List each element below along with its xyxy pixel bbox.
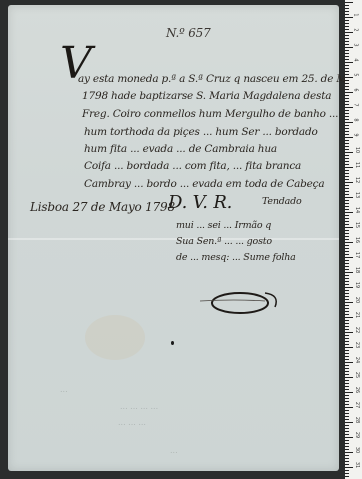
ruler-tick <box>345 41 349 42</box>
ruler-tick <box>345 212 353 213</box>
ruler-label: 17 <box>354 252 360 258</box>
paper-stain <box>85 315 145 360</box>
ruler-tick <box>345 233 349 234</box>
ruler-label: 20 <box>354 297 360 303</box>
ruler-tick <box>345 422 353 423</box>
ruler-tick <box>345 59 349 60</box>
ruler-tick <box>345 239 349 240</box>
ruler-tick <box>345 434 349 435</box>
ruler-label: 13 <box>354 192 360 198</box>
ruler-tick <box>345 137 353 138</box>
ruler-tick <box>345 209 349 210</box>
ruler-label: 28 <box>354 417 360 423</box>
ruler-tick <box>345 335 349 336</box>
ruler-tick <box>345 392 353 393</box>
ruler-tick <box>345 206 349 207</box>
ruler-tick <box>345 458 349 459</box>
ruler-tick <box>345 281 349 282</box>
ruler-label: 26 <box>354 387 360 393</box>
ruler-tick <box>345 389 349 390</box>
ruler-tick <box>345 272 353 273</box>
ruler-tick <box>345 314 349 315</box>
ruler-tick <box>345 230 349 231</box>
ruler-tick <box>345 341 349 342</box>
ruler-tick <box>345 203 349 204</box>
ruler-tick <box>345 194 349 195</box>
ruler-tick <box>345 248 349 249</box>
ruler-tick <box>345 461 349 462</box>
ruler-tick <box>345 329 349 330</box>
ruler-tick <box>345 440 349 441</box>
ruler-tick <box>345 455 349 456</box>
date-line: Lisboa 27 de Mayo 1798 <box>30 200 175 214</box>
ruler-tick <box>345 179 349 180</box>
ruler-label: 22 <box>354 327 360 333</box>
ruler-tick <box>345 410 349 411</box>
ruler-tick <box>345 44 349 45</box>
ruler-tick <box>345 299 349 300</box>
ruler-tick <box>345 464 349 465</box>
ruler-tick <box>345 104 349 105</box>
ruler-tick <box>345 5 349 6</box>
ruler-tick <box>345 14 349 15</box>
ruler-tick <box>345 182 353 183</box>
ruler-tick <box>345 224 349 225</box>
ruler-tick <box>345 83 349 84</box>
ruler-tick <box>345 143 349 144</box>
ruler-label: 24 <box>354 357 360 363</box>
ruler-tick <box>345 404 349 405</box>
ruler-tick <box>345 419 349 420</box>
ruler-tick <box>345 38 349 39</box>
ruler-tick <box>345 35 349 36</box>
ruler-tick <box>345 242 353 243</box>
ruler-tick <box>345 347 353 348</box>
ruler-tick <box>345 62 353 63</box>
ruler-tick <box>345 263 349 264</box>
ruler-tick <box>345 470 349 471</box>
ruler-tick <box>345 359 349 360</box>
ruler-tick <box>345 245 349 246</box>
body-line: 1798 hade baptizarse S. Maria Magdalena … <box>82 90 331 102</box>
ruler-tick <box>345 191 349 192</box>
measurement-ruler: 1234567891011121314151617181920212223242… <box>345 0 362 479</box>
ruler-tick <box>345 323 349 324</box>
ruler-tick <box>345 278 349 279</box>
ruler-tick <box>345 17 353 18</box>
ruler-tick <box>345 377 353 378</box>
ruler-tick <box>345 50 349 51</box>
ruler-tick <box>345 227 353 228</box>
ruler-tick <box>345 317 353 318</box>
ruler-tick <box>345 386 349 387</box>
ruler-label: 18 <box>354 267 360 273</box>
ruler-tick <box>345 320 349 321</box>
ruler-tick <box>345 11 349 12</box>
ruler-tick <box>345 326 349 327</box>
closing-line: de ... mesq: ... Sume folha <box>176 252 296 263</box>
ruler-label: 27 <box>354 402 360 408</box>
ruler-tick <box>345 365 349 366</box>
ruler-tick <box>345 107 353 108</box>
ruler-tick <box>345 173 349 174</box>
ruler-label: 16 <box>354 237 360 243</box>
ruler-tick <box>345 2 353 3</box>
ruler-tick <box>345 119 349 120</box>
ruler-tick <box>345 77 353 78</box>
ruler-tick <box>345 53 349 54</box>
ruler-tick <box>345 101 349 102</box>
ruler-tick <box>345 80 349 81</box>
ruler-tick <box>345 293 349 294</box>
ruler-tick <box>345 122 353 123</box>
salutation: D. V. R. <box>168 192 232 213</box>
ruler-tick <box>345 86 349 87</box>
ruler-tick <box>345 47 353 48</box>
ruler-label: 11 <box>354 162 360 168</box>
ruler-label: 7 <box>353 103 359 106</box>
body-line: hum torthoda da piçes ... hum Ser ... bo… <box>84 126 318 138</box>
ruler-label: 25 <box>354 372 360 378</box>
ruler-label: 14 <box>354 207 360 213</box>
ruler-tick <box>345 149 349 150</box>
ruler-label: 3 <box>353 43 359 46</box>
document-number: N.º 657 <box>166 26 211 40</box>
ruler-tick <box>345 158 349 159</box>
ruler-tick <box>345 449 349 450</box>
ruler-tick <box>345 446 349 447</box>
ruler-tick <box>345 125 349 126</box>
ruler-tick <box>345 305 349 306</box>
ruler-tick <box>345 398 349 399</box>
signature-flourish-icon <box>195 285 285 325</box>
body-line: Cambray ... bordo ... evada em toda de C… <box>84 178 324 190</box>
ruler-label: 9 <box>353 133 359 136</box>
ruler-label: 15 <box>354 222 360 228</box>
ruler-tick <box>345 236 349 237</box>
ruler-tick <box>345 26 349 27</box>
ruler-tick <box>345 431 349 432</box>
ruler-tick <box>345 71 349 72</box>
bleedthrough-text: ... <box>170 446 178 455</box>
body-line: Freg. Coiro conmellos hum Mergulho de ba… <box>82 108 338 120</box>
ruler-tick <box>345 443 349 444</box>
ruler-tick <box>345 68 349 69</box>
bleedthrough-text: ... ... ... <box>118 418 146 427</box>
ruler-tick <box>345 8 349 9</box>
ruler-tick <box>345 344 349 345</box>
ruler-tick <box>345 368 349 369</box>
ruler-tick <box>345 425 349 426</box>
ruler-tick <box>345 221 349 222</box>
body-line: ay esta moneda p.ª a S.ª Cruz q nasceu e… <box>78 73 355 85</box>
ruler-tick <box>345 89 349 90</box>
ruler-tick <box>345 476 349 477</box>
ruler-tick <box>345 284 349 285</box>
ruler-label: 10 <box>354 147 360 153</box>
ruler-label: 2 <box>353 28 359 31</box>
ruler-tick <box>345 407 353 408</box>
ruler-tick <box>345 92 353 93</box>
ruler-tick <box>345 428 349 429</box>
ruler-tick <box>345 116 349 117</box>
ruler-label: 12 <box>354 177 360 183</box>
ruler-tick <box>345 308 349 309</box>
ruler-tick <box>345 287 353 288</box>
ink-spot <box>171 341 174 345</box>
ruler-tick <box>345 146 349 147</box>
ruler-tick <box>345 200 349 201</box>
ruler-label: 29 <box>354 432 360 438</box>
ruler-tick <box>345 437 353 438</box>
ruler-label: 30 <box>354 447 360 453</box>
ruler-tick <box>345 350 349 351</box>
ruler-label: 6 <box>353 88 359 91</box>
closing-line: Sua Sen.ª ... ... gosto <box>176 236 272 247</box>
bleedthrough-text: ... ... ... ... <box>120 402 158 411</box>
ruler-tick <box>345 362 353 363</box>
bleedthrough-text: ... <box>60 385 68 394</box>
ruler-tick <box>345 416 349 417</box>
closing-tendado: Tendado <box>262 196 302 207</box>
ruler-tick <box>345 251 349 252</box>
ruler-tick <box>345 161 349 162</box>
ruler-tick <box>345 176 349 177</box>
ruler-label: 19 <box>354 282 360 288</box>
ruler-tick <box>345 257 353 258</box>
ruler-tick <box>345 338 349 339</box>
ruler-tick <box>345 131 349 132</box>
ruler-tick <box>345 197 353 198</box>
ruler-tick <box>345 269 349 270</box>
ruler-tick <box>345 332 353 333</box>
ruler-tick <box>345 110 349 111</box>
ruler-tick <box>345 134 349 135</box>
closing-line: mui ... sei ... Irmão q <box>176 220 271 231</box>
ruler-tick <box>345 311 349 312</box>
ruler-tick <box>345 128 349 129</box>
ruler-tick <box>345 152 353 153</box>
ruler-tick <box>345 23 349 24</box>
ruler-label: 31 <box>354 462 360 468</box>
ruler-tick <box>345 254 349 255</box>
ruler-tick <box>345 296 349 297</box>
ruler-tick <box>345 65 349 66</box>
paper-fold <box>8 238 339 240</box>
ruler-tick <box>345 266 349 267</box>
ruler-tick <box>345 302 353 303</box>
ruler-label: 8 <box>353 118 359 121</box>
ruler-tick <box>345 275 349 276</box>
ruler-tick <box>345 356 349 357</box>
ruler-tick <box>345 260 349 261</box>
ruler-tick <box>345 452 353 453</box>
ruler-tick <box>345 413 349 414</box>
ruler-tick <box>345 98 349 99</box>
ruler-tick <box>345 170 349 171</box>
ruler-label: 5 <box>353 73 359 76</box>
ruler-tick <box>345 155 349 156</box>
ruler-tick <box>345 353 349 354</box>
ruler-tick <box>345 74 349 75</box>
ruler-tick <box>345 467 353 468</box>
ruler-tick <box>345 164 349 165</box>
ruler-tick <box>345 473 349 474</box>
ruler-tick <box>345 218 349 219</box>
ruler-tick <box>345 188 349 189</box>
ruler-tick <box>345 185 349 186</box>
ruler-tick <box>345 215 349 216</box>
ruler-label: 1 <box>353 13 359 16</box>
ruler-tick <box>345 140 349 141</box>
ruler-tick <box>345 383 349 384</box>
ruler-label: 21 <box>354 312 360 318</box>
ruler-tick <box>345 374 349 375</box>
ruler-tick <box>345 20 349 21</box>
ruler-tick <box>345 401 349 402</box>
ruler-label: 4 <box>353 58 359 61</box>
ruler-tick <box>345 290 349 291</box>
body-line: Coifa ... bordada ... com fita, ... fita… <box>84 160 301 172</box>
ruler-tick <box>345 113 349 114</box>
ruler-tick <box>345 56 349 57</box>
ruler-tick <box>345 95 349 96</box>
ruler-tick <box>345 380 349 381</box>
ruler-tick <box>345 29 349 30</box>
ruler-tick <box>345 32 353 33</box>
ruler-tick <box>345 395 349 396</box>
ruler-tick <box>345 371 349 372</box>
ruler-label: 23 <box>354 342 360 348</box>
ruler-tick <box>345 167 353 168</box>
body-line: hum fita ... evada ... de Cambraia hua <box>84 143 277 155</box>
